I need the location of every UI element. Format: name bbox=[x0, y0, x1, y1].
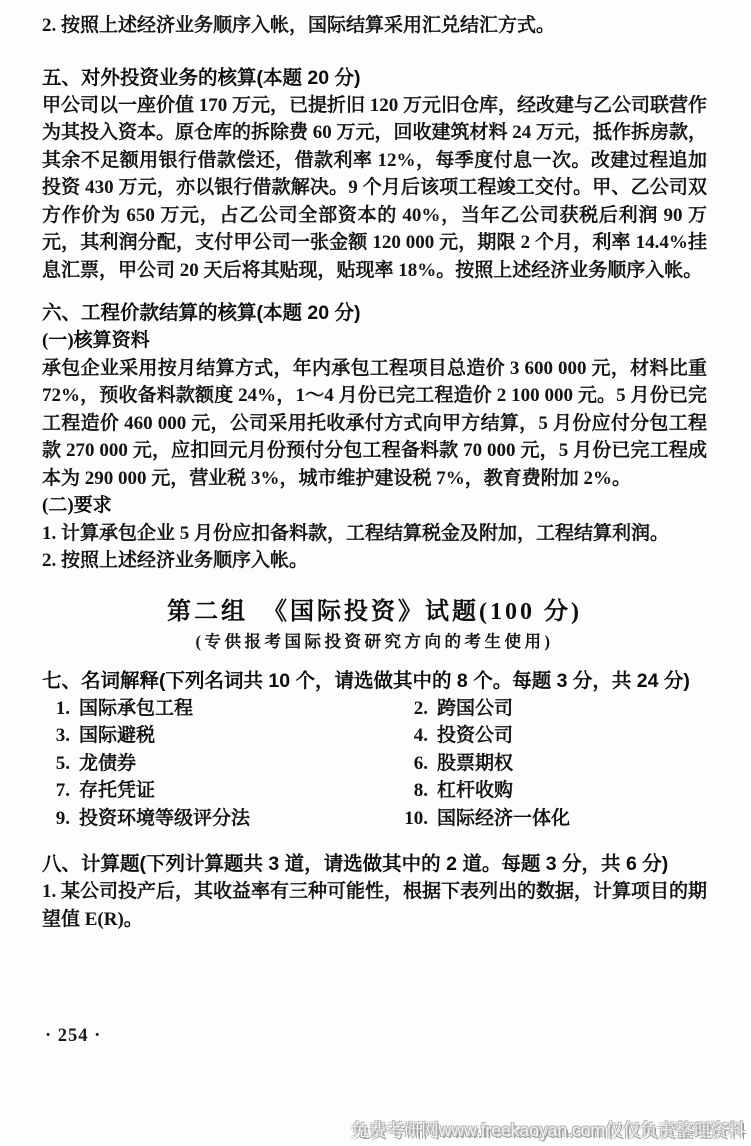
term-item-9: 9. 投资环境等级评分法 bbox=[42, 805, 400, 833]
section8-item-1: 1. 某公司投产后，其收益率有三种可能性，根据下表列出的数据，计算项目的期望值 … bbox=[42, 878, 707, 933]
section6-requirement-2: 2. 按照上述经济业务顺序入帐。 bbox=[42, 547, 707, 575]
term-number: 9. bbox=[42, 805, 70, 833]
section5-body: 甲公司以一座价值 170 万元，已提折旧 120 万元旧仓库，经改建与乙公司联营… bbox=[42, 92, 707, 285]
section6-requirement-1: 1. 计算承包企业 5 月份应扣备料款，工程结算税金及附加，工程结算利润。 bbox=[42, 520, 707, 548]
term-number: 7. bbox=[42, 777, 70, 805]
exam-page: 2. 按照上述经济业务顺序入帐，国际结算采用汇兑结汇方式。 五、对外投资业务的核… bbox=[0, 0, 751, 1146]
term-item-3: 3. 国际避税 bbox=[42, 722, 400, 750]
term-number: 3. bbox=[42, 722, 70, 750]
term-item-6: 6. 股票期权 bbox=[400, 750, 707, 778]
term-label: 跨国公司 bbox=[437, 695, 513, 723]
term-number: 6. bbox=[400, 750, 428, 778]
term-number: 10. bbox=[400, 805, 428, 833]
term-item-2: 2. 跨国公司 bbox=[400, 695, 707, 723]
intro-item: 2. 按照上述经济业务顺序入帐，国际结算采用汇兑结汇方式。 bbox=[42, 12, 707, 40]
page-content: 2. 按照上述经济业务顺序入帐，国际结算采用汇兑结汇方式。 五、对外投资业务的核… bbox=[0, 0, 751, 933]
term-number: 2. bbox=[400, 695, 428, 723]
term-item-8: 8. 杠杆收购 bbox=[400, 777, 707, 805]
term-number: 1. bbox=[42, 695, 70, 723]
term-item-7: 7. 存托凭证 bbox=[42, 777, 400, 805]
term-label: 股票期权 bbox=[437, 750, 513, 778]
section7-heading: 七、名词解释(下列名词共 10 个，请选做其中的 8 个。每题 3 分，共 24… bbox=[42, 667, 707, 695]
term-label: 国际承包工程 bbox=[79, 695, 193, 723]
term-item-10: 10. 国际经济一体化 bbox=[400, 805, 707, 833]
section8-heading: 八、计算题(下列计算题共 3 道，请选做其中的 2 道。每题 3 分，共 6 分… bbox=[42, 850, 707, 878]
page-number: · 254 · bbox=[45, 1026, 101, 1047]
watermark-text: 免费考研网www.freekaoyan.com仅仅负责整理资料 bbox=[351, 1117, 745, 1142]
term-number: 5. bbox=[42, 750, 70, 778]
section6-heading: 六、工程价款结算的核算(本题 20 分) bbox=[42, 299, 707, 327]
term-item-5: 5. 龙债券 bbox=[42, 750, 400, 778]
term-label: 投资公司 bbox=[437, 722, 513, 750]
section6-sub1-heading: (一)核算资料 bbox=[42, 327, 707, 355]
term-number: 8. bbox=[400, 777, 428, 805]
term-label: 国际避税 bbox=[79, 722, 155, 750]
term-label: 存托凭证 bbox=[79, 777, 155, 805]
group2-title: 第二组 《国际投资》试题(100 分) bbox=[42, 595, 707, 629]
term-label: 龙债券 bbox=[79, 750, 136, 778]
section6-sub1-body: 承包企业采用按月结算方式，年内承包工程项目总造价 3 600 000 元，材料比… bbox=[42, 355, 707, 493]
section6-sub2-heading: (二)要求 bbox=[42, 492, 707, 520]
term-item-1: 1. 国际承包工程 bbox=[42, 695, 400, 723]
term-label: 杠杆收购 bbox=[437, 777, 513, 805]
term-label: 投资环境等级评分法 bbox=[79, 805, 250, 833]
term-number: 4. bbox=[400, 722, 428, 750]
term-item-4: 4. 投资公司 bbox=[400, 722, 707, 750]
term-label: 国际经济一体化 bbox=[437, 805, 570, 833]
terms-list: 1. 国际承包工程 2. 跨国公司 3. 国际避税 4. 投资公司 5. 龙债券… bbox=[42, 695, 707, 833]
section5-heading: 五、对外投资业务的核算(本题 20 分) bbox=[42, 64, 707, 92]
group2-subtitle: (专供报考国际投资研究方向的考生使用) bbox=[42, 629, 707, 655]
